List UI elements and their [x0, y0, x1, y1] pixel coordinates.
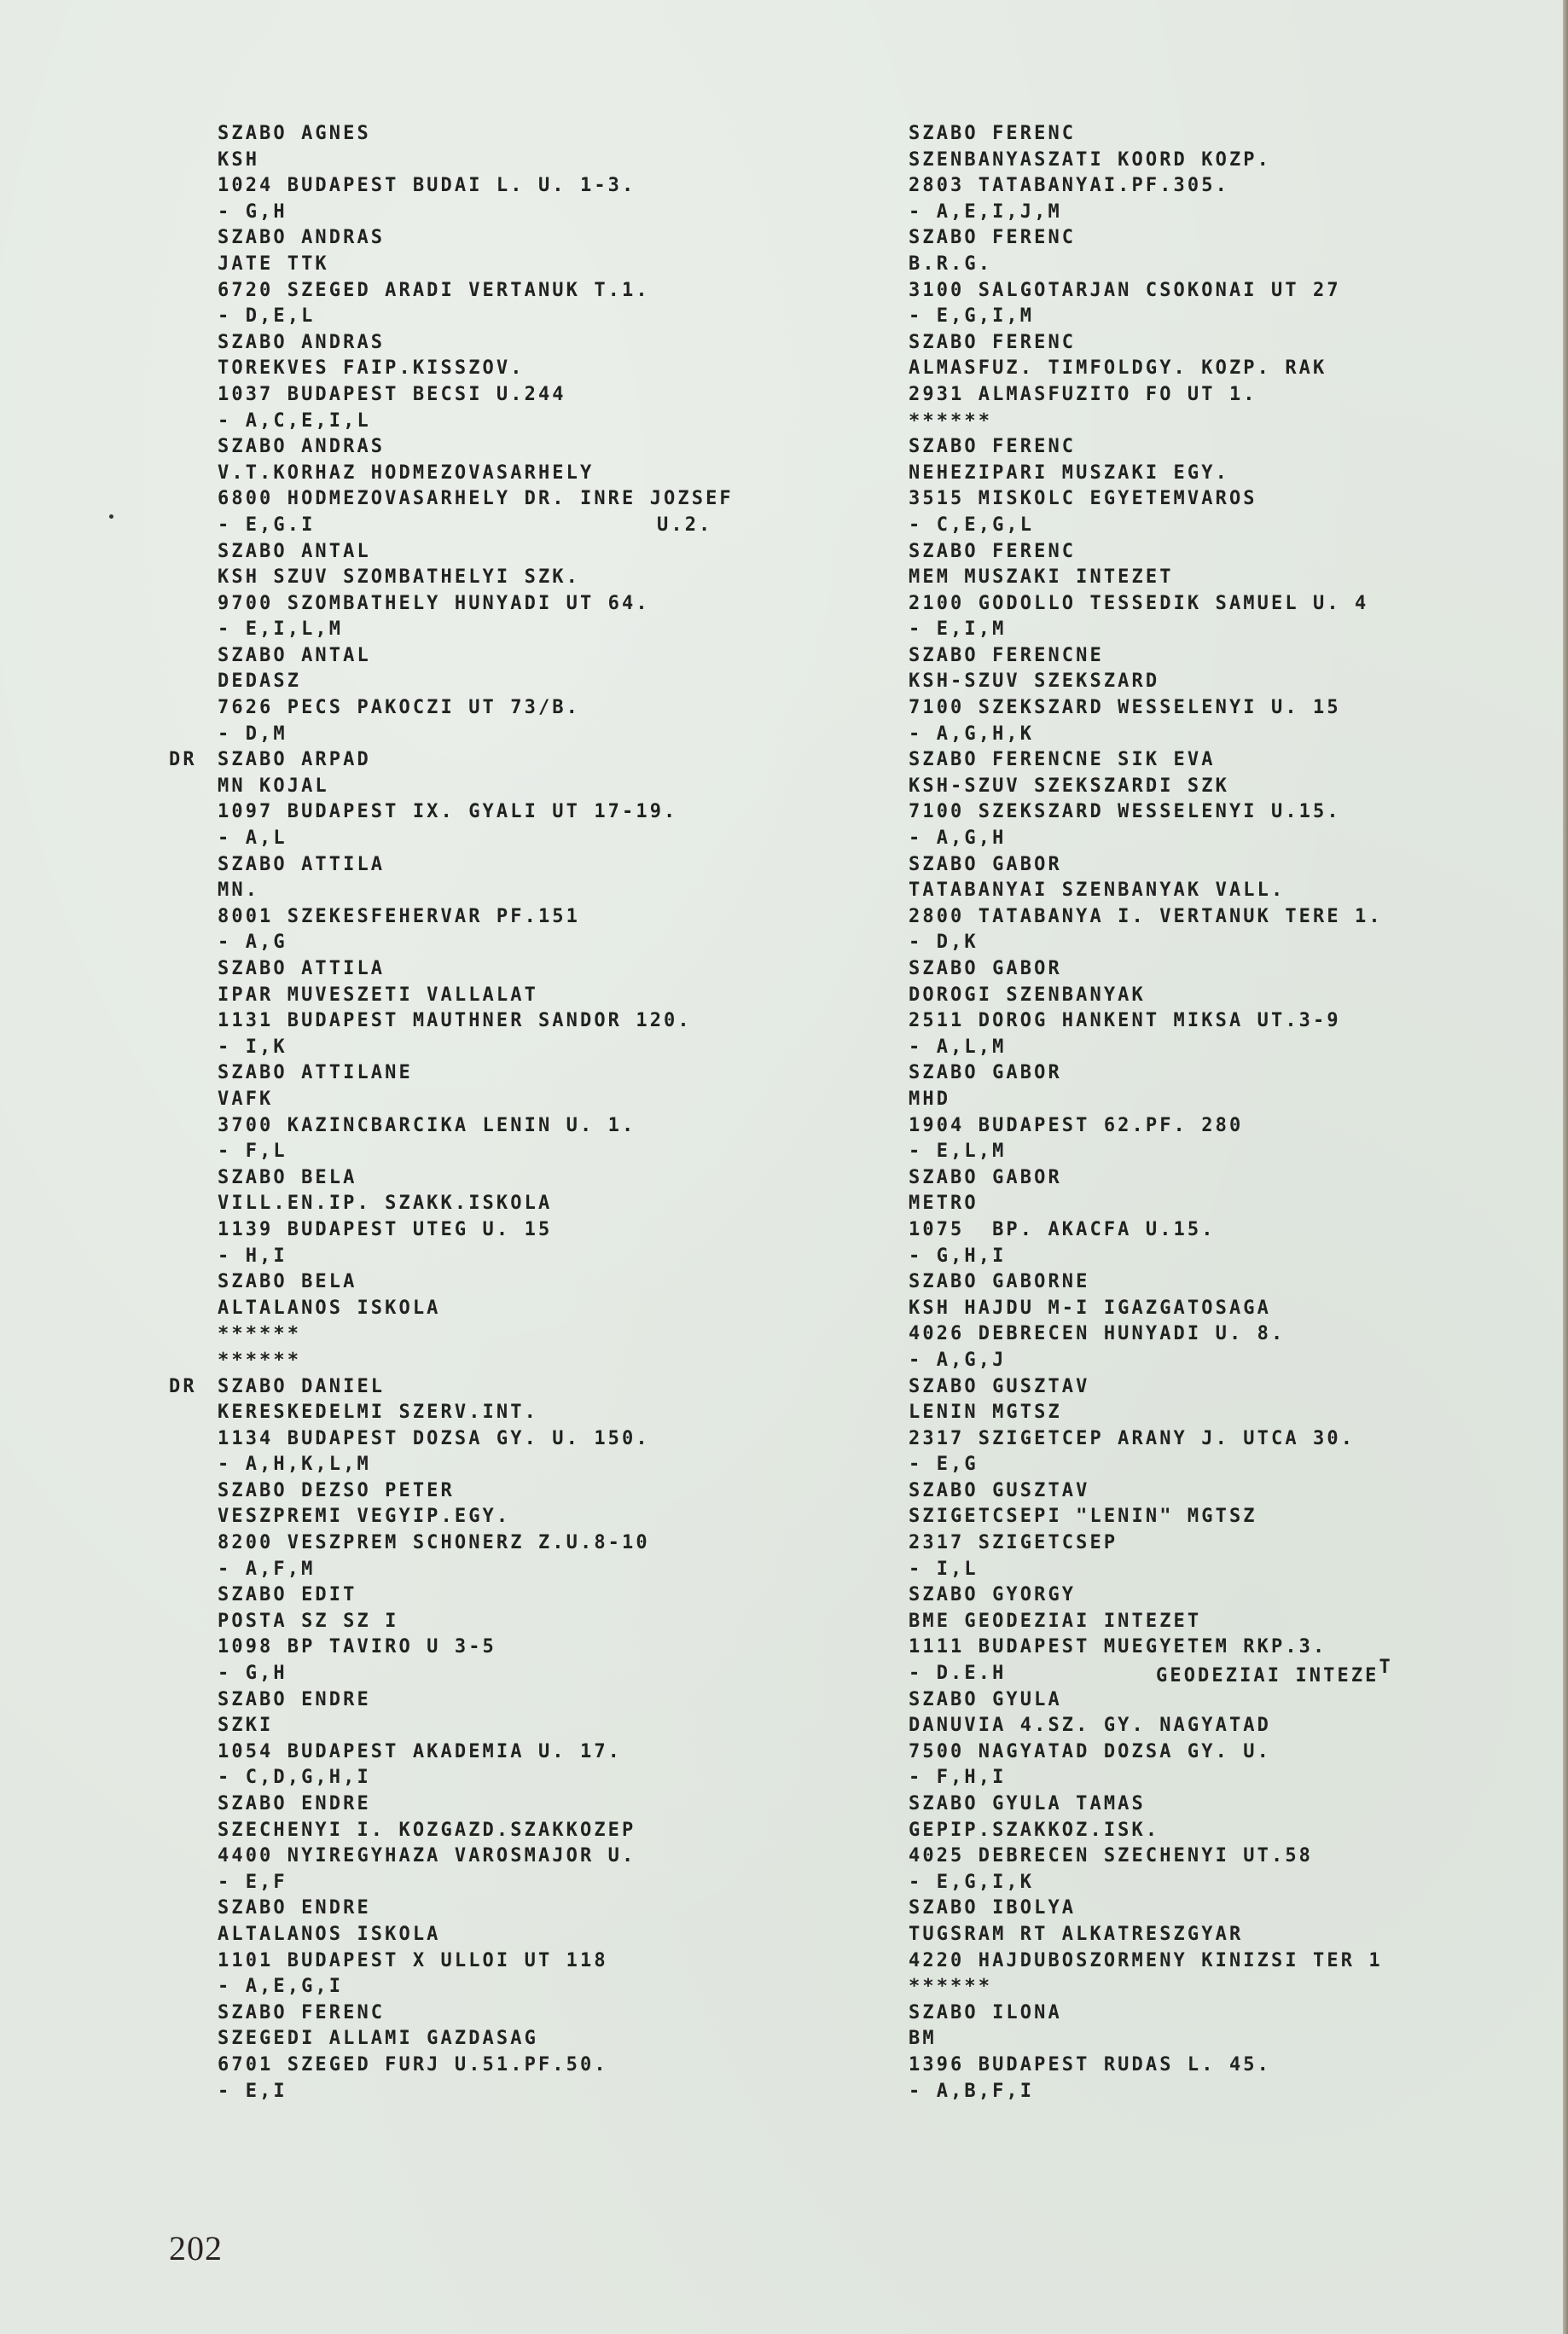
entry-codes-line: - A,E,I,J,M — [909, 200, 1557, 226]
directory-entry: SZABO FERENCB.R.G.3100 SALGOTARJAN CSOKO… — [909, 225, 1557, 329]
entry-codes: ****** — [909, 1976, 992, 1997]
entry-codes: - C,E,G,L — [909, 514, 1034, 536]
directory-entry: SZABO DEZSO PETERVESZPREMI VEGYIP.EGY.82… — [218, 1478, 866, 1582]
entry-address: 2931 ALMASFUZITO FO UT 1. — [909, 384, 1257, 405]
entry-organization-line: MN. — [218, 878, 866, 904]
entry-address: 1131 BUDAPEST MAUTHNER SANDOR 120. — [218, 1010, 692, 1031]
directory-entry: DRSZABO ARPADMN KOJAL1097 BUDAPEST IX. G… — [218, 747, 866, 851]
entry-codes: - G,H,I — [909, 1245, 1006, 1267]
entry-address: 6800 HODMEZOVASARHELY DR. INRE JOZSEF — [218, 488, 734, 509]
entry-address: 3100 SALGOTARJAN CSOKONAI UT 27 — [909, 280, 1341, 301]
entry-address-line: 8001 SZEKESFEHERVAR PF.151 — [218, 904, 866, 931]
entry-address-line: 6800 HODMEZOVASARHELY DR. INRE JOZSEF — [218, 486, 866, 513]
entry-codes-line: - A,E,G,I — [218, 1974, 866, 2000]
entry-address: 6720 SZEGED ARADI VERTANUK T.1. — [218, 280, 650, 301]
entry-organization: METRO — [909, 1193, 979, 1214]
entry-name: SZABO DANIEL — [218, 1376, 385, 1397]
entry-codes-line: - D,M — [218, 722, 866, 748]
entry-name-line: SZABO AGNES — [218, 121, 866, 148]
entry-name-line: SZABO GABOR — [909, 956, 1557, 983]
entry-codes-line: - A,G,J — [909, 1348, 1557, 1374]
entry-address: 7100 SZEKSZARD WESSELENYI U. 15 — [909, 697, 1341, 718]
entry-address: 2100 GODOLLO TESSEDIK SAMUEL U. 4 — [909, 593, 1368, 614]
entry-codes: - A,H,K,L,M — [218, 1454, 371, 1475]
entry-organization-line: B.R.G. — [909, 252, 1557, 278]
entry-address-line: 1037 BUDAPEST BECSI U.244 — [218, 382, 866, 409]
entry-name-line: SZABO ANTAL — [218, 539, 866, 566]
entry-organization: BME GEODEZIAI INTEZET — [909, 1611, 1201, 1632]
entry-codes-line: - A,H,K,L,M — [218, 1452, 866, 1478]
directory-entry: SZABO GABORTATABANYAI SZENBANYAK VALL.28… — [909, 852, 1557, 956]
entry-address-line: 1904 BUDAPEST 62.PF. 280 — [909, 1113, 1557, 1140]
directory-entry: SZABO FERENCSZEGEDI ALLAMI GAZDASAG6701 … — [218, 2000, 866, 2105]
entry-name: SZABO ATTILANE — [218, 1062, 413, 1083]
entry-address: 4026 DEBRECEN HUNYADI U. 8. — [909, 1323, 1285, 1344]
entry-address: 1396 BUDAPEST RUDAS L. 45. — [909, 2054, 1271, 2076]
entry-name-line: SZABO BELA — [218, 1269, 866, 1296]
entry-name: SZABO ANTAL — [218, 541, 371, 562]
directory-entry: SZABO GYULADANUVIA 4.SZ. GY. NAGYATAD750… — [909, 1687, 1557, 1791]
entry-codes: - A,F,M — [218, 1559, 315, 1580]
entry-address: 7100 SZEKSZARD WESSELENYI U.15. — [909, 801, 1341, 822]
entry-organization-line: VILL.EN.IP. SZAKK.ISKOLA — [218, 1191, 866, 1217]
entry-codes: - E,G.I — [218, 514, 315, 536]
entry-organization-line: MN KOJAL — [218, 774, 866, 800]
page-number: 202 — [169, 2228, 223, 2268]
directory-entry: SZABO ENDRESZKI1054 BUDAPEST AKADEMIA U.… — [218, 1687, 866, 1791]
page-edge — [1563, 0, 1568, 2334]
entry-codes-line: - A,B,F,I — [909, 2079, 1557, 2105]
entry-name: SZABO FERENC — [909, 332, 1076, 353]
entry-address-line: 1097 BUDAPEST IX. GYALI UT 17-19. — [218, 799, 866, 826]
entry-address: 7626 PECS PAKOCZI UT 73/B. — [218, 697, 580, 718]
entry-name-line: SZABO FERENCNE SIK EVA — [909, 747, 1557, 774]
entry-name: SZABO ANTAL — [218, 645, 371, 666]
entry-organization-line: VAFK — [218, 1087, 866, 1113]
entry-address-line: 7500 NAGYATAD DOZSA GY. U. — [909, 1739, 1557, 1766]
entry-codes: - I,K — [218, 1036, 287, 1058]
entry-codes-line: - A,L,M — [909, 1035, 1557, 1061]
entry-organization: POSTA SZ SZ I — [218, 1611, 399, 1632]
entry-codes: - A,L — [218, 827, 287, 849]
entry-organization-line: SZECHENYI I. KOZGAZD.SZAKKOZEP — [218, 1818, 866, 1844]
entry-organization-line: V.T.KORHAZ HODMEZOVASARHELY — [218, 461, 866, 487]
directory-entry: SZABO ANDRASV.T.KORHAZ HODMEZOVASARHELY6… — [218, 434, 866, 538]
entry-organization: DEDASZ — [218, 671, 301, 692]
margin-note-text: GEODEZIAI INTEZE — [1156, 1665, 1379, 1687]
entry-organization: VILL.EN.IP. SZAKK.ISKOLA — [218, 1193, 552, 1214]
entry-codes-line: - D,E,L — [218, 304, 866, 330]
entry-address: 1024 BUDAPEST BUDAI L. U. 1-3. — [218, 175, 636, 196]
entry-name: SZABO FERENCNE — [909, 645, 1104, 666]
entry-address: 3515 MISKOLC EGYETEMVAROS — [909, 488, 1257, 509]
directory-entry: DRSZABO DANIELKERESKEDELMI SZERV.INT.113… — [218, 1374, 866, 1478]
entry-codes-line: - E,L,M — [909, 1139, 1557, 1165]
directory-entry: SZABO BELAVILL.EN.IP. SZAKK.ISKOLA1139 B… — [218, 1165, 866, 1269]
entry-organization: GEPIP.SZAKKOZ.ISK. — [909, 1820, 1159, 1841]
entry-name: SZABO GABORNE — [909, 1271, 1090, 1292]
entry-codes-line: - A,C,E,I,L — [218, 409, 866, 435]
entry-address-line: 1134 BUDAPEST DOZSA GY. U. 150. — [218, 1426, 866, 1453]
entry-name: SZABO ANDRAS — [218, 227, 385, 248]
entry-organization-line: TATABANYAI SZENBANYAK VALL. — [909, 878, 1557, 904]
entry-codes: - E,L,M — [909, 1141, 1006, 1162]
directory-entry: SZABO ANDRASTOREKVES FAIP.KISSZOV.1037 B… — [218, 330, 866, 434]
entry-codes-line: - C,D,G,H,I — [218, 1765, 866, 1791]
entry-codes: - A,E,I,J,M — [909, 201, 1062, 223]
entry-codes-line: - A,G — [218, 930, 866, 956]
entry-name-line: SZABO EDIT — [218, 1582, 866, 1609]
entry-organization-line: SZEGEDI ALLAMI GAZDASAG — [218, 2026, 866, 2052]
entry-name-line: SZABO ILONA — [909, 2000, 1557, 2027]
entry-address-line: 4026 DEBRECEN HUNYADI U. 8. — [909, 1321, 1557, 1348]
entry-address-line: 7100 SZEKSZARD WESSELENYI U. 15 — [909, 695, 1557, 722]
entry-name-line: SZABO FERENC — [909, 225, 1557, 252]
entry-address: 1904 BUDAPEST 62.PF. 280 — [909, 1115, 1243, 1136]
entry-organization: JATE TTK — [218, 253, 329, 275]
entry-name-line: SZABO ENDRE — [218, 1687, 866, 1714]
entry-name: SZABO BELA — [218, 1271, 357, 1292]
entry-codes: - F,H,I — [909, 1767, 1006, 1788]
entry-name-line: SZABO GYULA — [909, 1687, 1557, 1714]
entry-address-line: 6720 SZEGED ARADI VERTANUK T.1. — [218, 278, 866, 305]
entry-organization: MN KOJAL — [218, 775, 329, 797]
entry-organization-line: POSTA SZ SZ I — [218, 1609, 866, 1635]
entry-name: SZABO DEZSO PETER — [218, 1480, 455, 1501]
entry-codes-line: ****** — [218, 1348, 866, 1374]
entry-address-line: 2511 DOROG HANKENT MIKSA UT.3-9 — [909, 1008, 1557, 1035]
entry-organization: ALTALANOS ISKOLA — [218, 1924, 441, 1945]
entry-address-line: 4400 NYIREGYHAZA VAROSMAJOR U. — [218, 1843, 866, 1870]
entry-name: SZABO GABOR — [909, 1062, 1062, 1083]
entry-organization-line: BM — [909, 2026, 1557, 2052]
directory-column-right: SZABO FERENCSZENBANYASZATI KOORD KOZP.28… — [909, 121, 1557, 2105]
entry-name: SZABO FERENC — [909, 227, 1076, 248]
entry-organization: IPAR MUVESZETI VALLALAT — [218, 984, 538, 1006]
directory-entry: SZABO FERENCSZENBANYASZATI KOORD KOZP.28… — [909, 121, 1557, 225]
entry-codes-line: - F,L — [218, 1139, 866, 1165]
entry-organization-line: LENIN MGTSZ — [909, 1400, 1557, 1426]
entry-organization: SZEGEDI ALLAMI GAZDASAG — [218, 2028, 538, 2049]
entry-codes: - A,G,H — [909, 827, 1006, 849]
entry-address-line: 2931 ALMASFUZITO FO UT 1. — [909, 382, 1557, 409]
entry-address-line: 1054 BUDAPEST AKADEMIA U. 17. — [218, 1739, 866, 1766]
entry-codes-line: - A,F,M — [218, 1557, 866, 1583]
entry-organization: LENIN MGTSZ — [909, 1402, 1062, 1423]
entry-address-line: 4025 DEBRECEN SZECHENYI UT.58 — [909, 1843, 1557, 1870]
entry-address-line: ****** — [218, 1321, 866, 1348]
entry-address-line: 1098 BP TAVIRO U 3-5 — [218, 1634, 866, 1661]
entry-codes-line: - H,I — [218, 1244, 866, 1270]
entry-codes-line: - E,I — [218, 2079, 866, 2105]
entry-name-line: SZABO FERENC — [909, 434, 1557, 461]
entry-address: 4220 HAJDUBOSZORMENY KINIZSI TER 1 — [909, 1950, 1383, 1971]
entry-organization: TUGSRAM RT ALKATRESZGYAR — [909, 1924, 1243, 1945]
entry-organization: KSH — [218, 149, 259, 171]
entry-address-line: 1111 BUDAPEST MUEGYETEM RKP.3. — [909, 1634, 1557, 1661]
entry-address: 1037 BUDAPEST BECSI U.244 — [218, 384, 566, 405]
entry-name: SZABO FERENC — [909, 541, 1076, 562]
entry-name-line: SZABO ENDRE — [218, 1896, 866, 1922]
entry-codes: - A,G — [218, 932, 287, 953]
entry-address: 2800 TATABANYA I. VERTANUK TERE 1. — [909, 906, 1383, 927]
entry-organization-line: KSH SZUV SZOMBATHELYI SZK. — [218, 565, 866, 591]
entry-name-line: SZABO GUSZTAV — [909, 1374, 1557, 1401]
entry-organization-line: ALTALANOS ISKOLA — [218, 1296, 866, 1322]
entry-organization-line: SZENBANYASZATI KOORD KOZP. — [909, 148, 1557, 174]
entry-address-line: 3100 SALGOTARJAN CSOKONAI UT 27 — [909, 278, 1557, 305]
entry-name-line: SZABO GUSZTAV — [909, 1478, 1557, 1505]
directory-entry: SZABO GABORMETRO1075 BP. AKACFA U.15.- G… — [909, 1165, 1557, 1269]
entry-organization: SZKI — [218, 1715, 273, 1736]
entry-name-line: SZABO ENDRE — [218, 1791, 866, 1818]
entry-organization-line: BME GEODEZIAI INTEZET — [909, 1609, 1557, 1635]
entry-codes-line: - E,G,I,M — [909, 304, 1557, 330]
directory-entry: SZABO GABORDOROGI SZENBANYAK2511 DOROG H… — [909, 956, 1557, 1060]
directory-entry: SZABO FERENCNE SIK EVAKSH-SZUV SZEKSZARD… — [909, 747, 1557, 851]
entry-organization-line: JATE TTK — [218, 252, 866, 278]
entry-name: SZABO GABOR — [909, 958, 1062, 979]
entry-name-line: SZABO ANDRAS — [218, 434, 866, 461]
entry-name-line: SZABO ATTILA — [218, 852, 866, 879]
directory-entry: SZABO FERENCALMASFUZ. TIMFOLDGY. KOZP. R… — [909, 330, 1557, 434]
entry-name: SZABO FERENC — [909, 436, 1076, 457]
entry-address-line: 1075 BP. AKACFA U.15. — [909, 1217, 1557, 1244]
entry-codes-line: ****** — [909, 1974, 1557, 2000]
entry-codes: - D,K — [909, 932, 979, 953]
entry-address: ****** — [218, 1323, 301, 1344]
entry-name: SZABO GYULA — [909, 1689, 1062, 1710]
entry-codes: - E,I — [218, 2081, 287, 2102]
entry-codes: ****** — [218, 1350, 301, 1371]
entry-name: SZABO ENDRE — [218, 1793, 371, 1814]
entry-name-line: SZABO BELA — [218, 1165, 866, 1192]
entry-name-line: DRSZABO DANIEL — [218, 1374, 866, 1401]
entry-codes: - C,D,G,H,I — [218, 1767, 371, 1788]
directory-entry: SZABO GUSZTAVSZIGETCSEPI "LENIN" MGTSZ23… — [909, 1478, 1557, 1582]
directory-entry: SZABO ATTILAIPAR MUVESZETI VALLALAT1131 … — [218, 956, 866, 1060]
entry-organization: NEHEZIPARI MUSZAKI EGY. — [909, 462, 1229, 484]
directory-entry: SZABO ILONABM1396 BUDAPEST RUDAS L. 45.-… — [909, 2000, 1557, 2105]
entry-address-line: 3515 MISKOLC EGYETEMVAROS — [909, 486, 1557, 513]
entry-name: SZABO GYULA TAMAS — [909, 1793, 1146, 1814]
entry-address: 1075 BP. AKACFA U.15. — [909, 1219, 1216, 1240]
entry-name: SZABO FERENC — [909, 123, 1076, 144]
entry-organization: ALMASFUZ. TIMFOLDGY. KOZP. RAK — [909, 357, 1327, 379]
entry-organization-line: ALTALANOS ISKOLA — [218, 1922, 866, 1948]
entry-address-line: 1024 BUDAPEST BUDAI L. U. 1-3. — [218, 173, 866, 200]
entry-organization-line: ALMASFUZ. TIMFOLDGY. KOZP. RAK — [909, 356, 1557, 382]
entry-codes: - A,L,M — [909, 1036, 1006, 1058]
entry-organization: V.T.KORHAZ HODMEZOVASARHELY — [218, 462, 594, 484]
entry-codes-line: - G,H — [218, 1661, 866, 1687]
entry-organization: MHD — [909, 1089, 950, 1110]
directory-entry: SZABO GYULA TAMASGEPIP.SZAKKOZ.ISK.4025 … — [909, 1791, 1557, 1896]
entry-organization: SZIGETCSEPI "LENIN" MGTSZ — [909, 1506, 1257, 1527]
entry-name-line: DRSZABO ARPAD — [218, 747, 866, 774]
entry-codes-line: - E,I,L,M — [218, 617, 866, 643]
entry-codes: - F,L — [218, 1141, 287, 1162]
entry-codes-line: - C,E,G,L — [909, 513, 1557, 539]
entry-address: 4400 NYIREGYHAZA VAROSMAJOR U. — [218, 1845, 636, 1867]
entry-codes-line: - A,L — [218, 826, 866, 852]
entry-codes: - A,E,G,I — [218, 1976, 343, 1997]
entry-name-line: SZABO ANDRAS — [218, 330, 866, 357]
entry-name: SZABO GYORGY — [909, 1584, 1076, 1605]
entry-organization-line: KSH-SZUV SZEKSZARDI SZK — [909, 774, 1557, 800]
directory-entry: SZABO ENDRESZECHENYI I. KOZGAZD.SZAKKOZE… — [218, 1791, 866, 1896]
entry-name: SZABO GUSZTAV — [909, 1376, 1090, 1397]
title-prefix: DR — [169, 747, 197, 774]
entry-organization-line: DEDASZ — [218, 669, 866, 695]
entry-organization-line: NEHEZIPARI MUSZAKI EGY. — [909, 461, 1557, 487]
entry-organization-line: GEPIP.SZAKKOZ.ISK. — [909, 1818, 1557, 1844]
entry-address-line: 2803 TATABANYAI.PF.305. — [909, 173, 1557, 200]
entry-name: SZABO GABOR — [909, 854, 1062, 875]
entry-address-line: 1139 BUDAPEST UTEG U. 15 — [218, 1217, 866, 1244]
entry-address: 7500 NAGYATAD DOZSA GY. U. — [909, 1741, 1271, 1762]
entry-name: SZABO ANDRAS — [218, 332, 385, 353]
entry-codes: ****** — [909, 410, 992, 432]
entry-name: SZABO IBOLYA — [909, 1897, 1076, 1919]
entry-address: 1101 BUDAPEST X ULLOI UT 118 — [218, 1950, 608, 1971]
entry-address-line: 1131 BUDAPEST MAUTHNER SANDOR 120. — [218, 1008, 866, 1035]
entry-name-line: SZABO ATTILA — [218, 956, 866, 983]
entry-name: SZABO EDIT — [218, 1584, 357, 1605]
entry-name-line: SZABO FERENC — [909, 539, 1557, 566]
entry-organization: SZENBANYASZATI KOORD KOZP. — [909, 149, 1271, 171]
entry-codes: - A,G,J — [909, 1350, 1006, 1371]
entry-codes: - E,G,I,M — [909, 305, 1034, 327]
entry-organization: KSH SZUV SZOMBATHELYI SZK. — [218, 566, 580, 588]
entry-address-line: 2317 SZIGETCEP ARANY J. UTCA 30. — [909, 1426, 1557, 1453]
entry-address: 2511 DOROG HANKENT MIKSA UT.3-9 — [909, 1010, 1341, 1031]
directory-entry: SZABO GABORNEKSH HAJDU M-I IGAZGATOSAGA4… — [909, 1269, 1557, 1373]
entry-codes: - A,G,H,K — [909, 723, 1034, 745]
entry-name-line: SZABO FERENCNE — [909, 643, 1557, 670]
entry-organization-line: KERESKEDELMI SZERV.INT. — [218, 1400, 866, 1426]
entry-codes: - E,I,M — [909, 618, 1006, 640]
entry-address-line: 4220 HAJDUBOSZORMENY KINIZSI TER 1 — [909, 1948, 1557, 1975]
title-prefix: DR — [169, 1374, 197, 1401]
entry-name-line: SZABO GABOR — [909, 1060, 1557, 1087]
entry-codes-line: - I,L — [909, 1557, 1557, 1583]
entry-address: 1134 BUDAPEST DOZSA GY. U. 150. — [218, 1428, 650, 1449]
directory-entry: SZABO ENDREALTALANOS ISKOLA1101 BUDAPEST… — [218, 1896, 866, 2000]
entry-organization: TATABANYAI SZENBANYAK VALL. — [909, 880, 1285, 901]
entry-address-line: 1396 BUDAPEST RUDAS L. 45. — [909, 2052, 1557, 2079]
entry-organization-line: KSH — [218, 148, 866, 174]
entry-address-line: 9700 SZOMBATHELY HUNYADI UT 64. — [218, 591, 866, 618]
directory-entry: SZABO AGNESKSH1024 BUDAPEST BUDAI L. U. … — [218, 121, 866, 225]
directory-entry: SZABO ATTILAMN.8001 SZEKESFEHERVAR PF.15… — [218, 852, 866, 956]
entry-codes: - D,E,L — [218, 305, 315, 327]
entry-organization: B.R.G. — [909, 253, 992, 275]
entry-codes: - E,G — [909, 1454, 979, 1475]
entry-name: SZABO ILONA — [909, 2002, 1062, 2023]
entry-address-line: 3700 KAZINCBARCIKA LENIN U. 1. — [218, 1113, 866, 1140]
entry-name-line: SZABO FERENC — [909, 330, 1557, 357]
entry-address-line: 8200 VESZPREM SCHONERZ Z.U.8-10 — [218, 1530, 866, 1557]
entry-address: 1111 BUDAPEST MUEGYETEM RKP.3. — [909, 1636, 1327, 1658]
entry-codes: - H,I — [218, 1245, 287, 1267]
entry-codes-line: - A,G,H,K — [909, 722, 1557, 748]
entry-name-line: SZABO IBOLYA — [909, 1896, 1557, 1922]
entry-name: SZABO ARPAD — [218, 749, 371, 770]
entry-organization-line: SZIGETCSEPI "LENIN" MGTSZ — [909, 1504, 1557, 1530]
entry-organization-line: KSH-SZUV SZEKSZARD — [909, 669, 1557, 695]
entry-address-line: 2100 GODOLLO TESSEDIK SAMUEL U. 4 — [909, 591, 1557, 618]
entry-codes: - D.E.H — [909, 1663, 1006, 1684]
entry-name: SZABO ATTILA — [218, 854, 385, 875]
entry-organization: SZECHENYI I. KOZGAZD.SZAKKOZEP — [218, 1820, 636, 1841]
entry-codes-line: - E,F — [218, 1870, 866, 1896]
entry-name-line: SZABO ATTILANE — [218, 1060, 866, 1087]
entry-organization: TOREKVES FAIP.KISSZOV. — [218, 357, 525, 379]
entry-organization-line: MEM MUSZAKI INTEZET — [909, 565, 1557, 591]
entry-name-line: SZABO GYULA TAMAS — [909, 1791, 1557, 1818]
entry-address: 2317 SZIGETCSEP — [909, 1532, 1118, 1553]
entry-address-line: 6701 SZEGED FURJ U.51.PF.50. — [218, 2052, 866, 2079]
entry-codes: - E,F — [218, 1872, 287, 1893]
stray-ink-mark — [109, 514, 113, 519]
entry-codes: - G,H — [218, 1663, 287, 1684]
entry-name-line: SZABO GABOR — [909, 1165, 1557, 1192]
entry-address: 2803 TATABANYAI.PF.305. — [909, 175, 1229, 196]
entry-address-line: 2800 TATABANYA I. VERTANUK TERE 1. — [909, 904, 1557, 931]
entry-name-line: SZABO GYORGY — [909, 1582, 1557, 1609]
entry-codes: - E,I,L,M — [218, 618, 343, 640]
entry-name-line: SZABO ANTAL — [218, 643, 866, 670]
directory-entry: SZABO FERENCNEKSH-SZUV SZEKSZARD7100 SZE… — [909, 643, 1557, 747]
entry-name: SZABO FERENCNE SIK EVA — [909, 749, 1216, 770]
entry-address-line: 2317 SZIGETCSEP — [909, 1530, 1557, 1557]
entry-codes: - A,C,E,I,L — [218, 410, 371, 432]
entry-codes: - I,L — [909, 1559, 979, 1580]
entry-organization: BM — [909, 2028, 937, 2049]
entry-name-line: SZABO FERENC — [218, 2000, 866, 2027]
directory-entry: SZABO IBOLYATUGSRAM RT ALKATRESZGYAR4220… — [909, 1896, 1557, 2000]
entry-name: SZABO GABOR — [909, 1167, 1062, 1188]
entry-name: SZABO ENDRE — [218, 1897, 371, 1919]
entry-organization-line: MHD — [909, 1087, 1557, 1113]
entry-name-line: SZABO GABOR — [909, 852, 1557, 879]
entry-address: 1098 BP TAVIRO U 3-5 — [218, 1636, 497, 1658]
entry-codes-line: - E,G — [909, 1452, 1557, 1478]
entry-name-line: SZABO DEZSO PETER — [218, 1478, 866, 1505]
entry-organization: MEM MUSZAKI INTEZET — [909, 566, 1174, 588]
entry-name: SZABO ENDRE — [218, 1689, 371, 1710]
entry-codes-line: ****** — [909, 409, 1557, 435]
entry-codes: - G,H — [218, 201, 287, 223]
directory-entry: SZABO FERENCNEHEZIPARI MUSZAKI EGY.3515 … — [909, 434, 1557, 538]
entry-codes-line: - G,H — [218, 200, 866, 226]
entry-organization-line: DOROGI SZENBANYAK — [909, 983, 1557, 1009]
entry-address: 9700 SZOMBATHELY HUNYADI UT 64. — [218, 593, 650, 614]
entry-address: 3700 KAZINCBARCIKA LENIN U. 1. — [218, 1115, 636, 1136]
directory-entry: SZABO EDITPOSTA SZ SZ I1098 BP TAVIRO U … — [218, 1582, 866, 1687]
entry-organization: KSH-SZUV SZEKSZARDI SZK — [909, 775, 1229, 797]
entry-name: SZABO GUSZTAV — [909, 1480, 1090, 1501]
entry-codes-line: - I,K — [218, 1035, 866, 1061]
address-continuation: U.2. — [657, 513, 712, 539]
directory-entry: SZABO GUSZTAVLENIN MGTSZ2317 SZIGETCEP A… — [909, 1374, 1557, 1478]
entry-organization-line: SZKI — [218, 1713, 866, 1739]
entry-organization: ALTALANOS ISKOLA — [218, 1298, 441, 1319]
entry-organization-line: TUGSRAM RT ALKATRESZGYAR — [909, 1922, 1557, 1948]
entry-address: 4025 DEBRECEN SZECHENYI UT.58 — [909, 1845, 1313, 1867]
entry-address: 8001 SZEKESFEHERVAR PF.151 — [218, 906, 580, 927]
